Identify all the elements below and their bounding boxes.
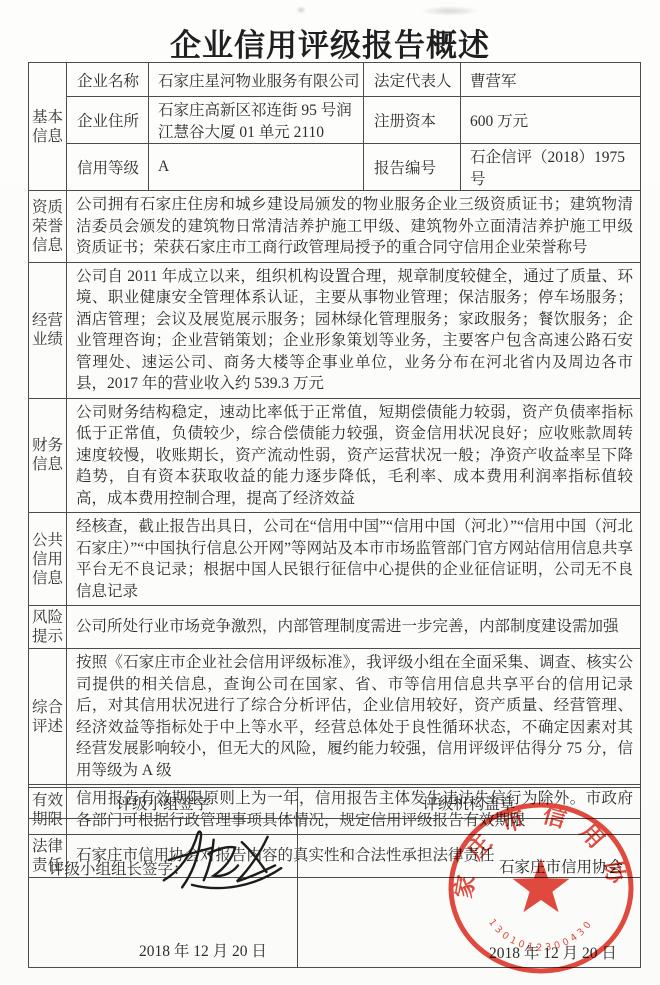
signature-date: 2018 年 12 月 20 日 [139, 939, 267, 961]
field-label-registered-capital: 注册资本 [364, 97, 461, 144]
section-label-public-credit-info: 公共信用信息 [29, 513, 67, 606]
section-label-basic-info: 基本信息 [29, 63, 67, 191]
page-title: 企业信用评级报告概述 [0, 20, 660, 65]
table-row: 基本信息 企业名称 石家庄星河物业服务有限公司 法定代表人 曹营军 [29, 63, 641, 97]
section-label-comprehensive-review: 综合评述 [29, 649, 67, 785]
field-value-legal-representative: 曹营军 [461, 63, 641, 97]
field-label-credit-grade: 信用等级 [67, 144, 149, 191]
field-label-company-name: 企业名称 [67, 63, 149, 97]
section-text-business-performance: 公司自 2011 年成立以来，组织机构设置合理，规章制度较健全，通过了质量、环境… [67, 262, 641, 398]
handwritten-signature [157, 819, 297, 911]
scan-smudge [420, 6, 480, 16]
field-label-report-number: 报告编号 [364, 144, 461, 191]
official-red-seal: 石家庄市信用协会 1301012300430 [426, 793, 656, 983]
report-page: 企业信用评级报告概述 基本信息 企业名称 石家庄星河物业服务有限公司 法定代表人… [0, 0, 660, 985]
table-row: 财务信息 公司财务结构稳定，速动比率低于正常值，短期偿债能力较弱，资产负债率指标… [29, 398, 641, 513]
table-row: 资质荣誉信息 公司拥有石家庄住房和城乡建设局颁发的物业服务企业三级资质证书；建筑… [29, 191, 641, 263]
signature-column-header: 评级小组签字 [29, 788, 298, 819]
section-text-public-credit-info: 经核查，截止报告出具日，公司在“信用中国”“信用中国（河北）”“信用中国（河北石… [67, 513, 641, 606]
table-row: 风险提示 公司所处行业市场竞争激烈，内部管理制度需进一步完善，内部制度建设需加强 [29, 606, 641, 649]
section-label-business-performance: 经营业绩 [29, 262, 67, 398]
seal-star-icon [513, 858, 570, 912]
field-value-report-number: 石企信评（2018）1975 号 [461, 144, 641, 191]
svg-text:1301012300430: 1301012300430 [486, 917, 596, 953]
signature-cell: 评级小组组长签字： 2018 年 12 月 20 日 [29, 819, 297, 967]
table-row: 企业住所 石家庄高新区祁连街 95 号润江慧谷大厦 01 单元 2110 注册资… [29, 97, 641, 144]
signature-table: 评级小组签字 评级机构盖章 评级小组组长签字： [28, 787, 641, 968]
section-label-financial-info: 财务信息 [29, 398, 67, 513]
field-value-company-address: 石家庄高新区祁连街 95 号润江慧谷大厦 01 单元 2110 [149, 97, 364, 144]
section-text-qualifications: 公司拥有石家庄住房和城乡建设局颁发的物业服务企业三级资质证书；建筑物清洁委员会颁… [67, 191, 641, 263]
scan-smudge [296, 6, 306, 14]
table-row: 综合评述 按照《石家庄市企业社会信用评级标准》，我评级小组在全面采集、调查、核实… [29, 649, 641, 785]
section-label-qualifications: 资质荣誉信息 [29, 191, 67, 263]
report-table: 基本信息 企业名称 石家庄星河物业服务有限公司 法定代表人 曹营军 企业住所 石… [28, 62, 641, 878]
table-row: 经营业绩 公司自 2011 年成立以来，组织机构设置合理，规章制度较健全，通过了… [29, 262, 641, 398]
section-text-comprehensive-review: 按照《石家庄市企业社会信用评级标准》，我评级小组在全面采集、调查、核实公司提供的… [67, 649, 641, 785]
table-row: 评级小组组长签字： 2018 年 12 月 20 日 [29, 819, 641, 968]
section-text-financial-info: 公司财务结构稳定，速动比率低于正常值，短期偿债能力较弱，资产负债率指标低于正常值… [67, 398, 641, 513]
section-label-risk-warning: 风险提示 [29, 606, 67, 649]
seal-code: 1301012300430 [486, 917, 596, 953]
field-value-credit-grade: A [149, 144, 364, 191]
table-row: 信用等级 A 报告编号 石企信评（2018）1975 号 [29, 144, 641, 191]
field-label-company-address: 企业住所 [67, 97, 149, 144]
field-label-legal-representative: 法定代表人 [364, 63, 461, 97]
section-text-risk-warning: 公司所处行业市场竞争激烈，内部管理制度需进一步完善，内部制度建设需加强 [67, 606, 641, 649]
field-value-registered-capital: 600 万元 [461, 97, 641, 144]
table-row: 公共信用信息 经核查，截止报告出具日，公司在“信用中国”“信用中国（河北）”“信… [29, 513, 641, 606]
seal-cell: 石家庄市信用协会 2018 年 12 月 20 日 石家庄市信用协会 [298, 819, 640, 967]
field-value-company-name: 石家庄星河物业服务有限公司 [149, 63, 364, 97]
